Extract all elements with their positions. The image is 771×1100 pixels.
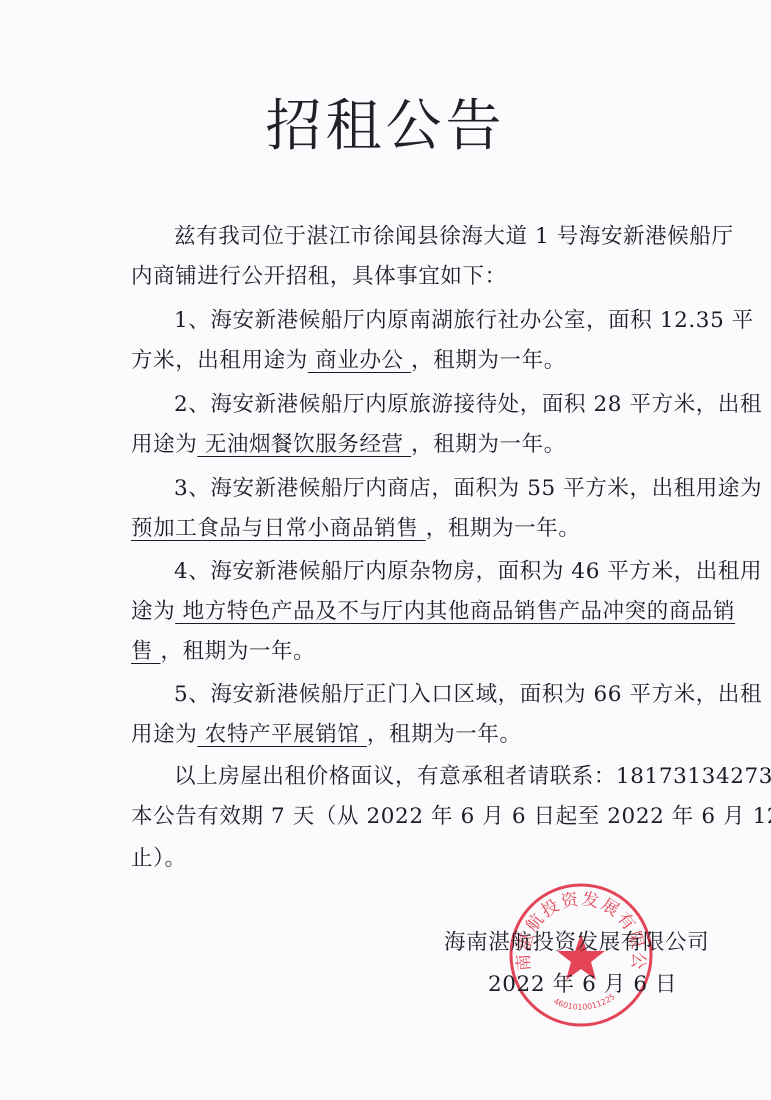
item-5-suffix: ，租期为一年。 bbox=[367, 722, 522, 747]
signature-company: 海南湛航投资发展有限公司 bbox=[444, 928, 709, 958]
item-4-suffix: ，租期为一年。 bbox=[161, 639, 316, 664]
item-5-line-2: 用途为 农特产平展销馆 ，租期为一年。 bbox=[131, 720, 691, 750]
document-title: 招租公告 bbox=[0, 92, 771, 162]
item-4-line-3: 售 ，租期为一年。 bbox=[131, 637, 691, 667]
item-2-prefix: 用途为 bbox=[131, 432, 197, 457]
closing-line-1: 以上房屋出租价格面议，有意承租者请联系：18173134273。 bbox=[174, 762, 694, 792]
signature-date: 2022 年 6 月 6 日 bbox=[488, 970, 677, 1000]
item-4-usage-cont: 售 bbox=[131, 639, 161, 664]
item-4-usage: 地方特色产品及不与厅内其他商品销售产品冲突的商品销 bbox=[175, 599, 735, 624]
intro-line-2: 内商铺进行公开招租，具体事宜如下： bbox=[131, 262, 691, 292]
item-3-usage: 预加工食品与日常小商品销售 bbox=[131, 516, 426, 541]
item-2-suffix: ，租期为一年。 bbox=[411, 432, 566, 457]
intro-line-1: 兹有我司位于湛江市徐闻县徐海大道 1 号海安新港候船厅 bbox=[174, 222, 694, 252]
item-5-prefix: 用途为 bbox=[131, 722, 197, 747]
item-1-prefix: 方米，出租用途为 bbox=[131, 348, 308, 373]
item-1-line-1: 1、海安新港候船厅内原南湖旅行社办公室，面积 12.35 平 bbox=[174, 306, 694, 336]
item-3-suffix: ，租期为一年。 bbox=[426, 516, 581, 541]
item-4-prefix: 途为 bbox=[131, 599, 175, 624]
item-2-usage: 无油烟餐饮服务经营 bbox=[197, 432, 411, 457]
item-4-line-2: 途为 地方特色产品及不与厅内其他商品销售产品冲突的商品销 bbox=[131, 597, 691, 627]
item-2-line-2: 用途为 无油烟餐饮服务经营 ，租期为一年。 bbox=[131, 430, 691, 460]
item-4-line-1: 4、海安新港候船厅内原杂物房，面积为 46 平方米，出租用 bbox=[174, 557, 694, 587]
item-5-usage: 农特产平展销馆 bbox=[197, 722, 367, 747]
item-1-suffix: ，租期为一年。 bbox=[411, 348, 566, 373]
item-1-usage: 商业办公 bbox=[308, 348, 411, 373]
closing-line-3: 止）。 bbox=[131, 844, 691, 874]
item-3-line-2: 预加工食品与日常小商品销售 ，租期为一年。 bbox=[131, 514, 691, 544]
item-3-line-1: 3、海安新港候船厅内商店，面积为 55 平方米，出租用途为 bbox=[174, 474, 694, 504]
item-5-line-1: 5、海安新港候船厅正门入口区域，面积为 66 平方米，出租 bbox=[174, 680, 694, 710]
item-2-line-1: 2、海安新港候船厅内原旅游接待处，面积 28 平方米，出租 bbox=[174, 390, 694, 420]
closing-line-2: 本公告有效期 7 天（从 2022 年 6 月 6 日起至 2022 年 6 月… bbox=[131, 802, 691, 832]
item-1-line-2: 方米，出租用途为 商业办公 ，租期为一年。 bbox=[131, 346, 691, 376]
